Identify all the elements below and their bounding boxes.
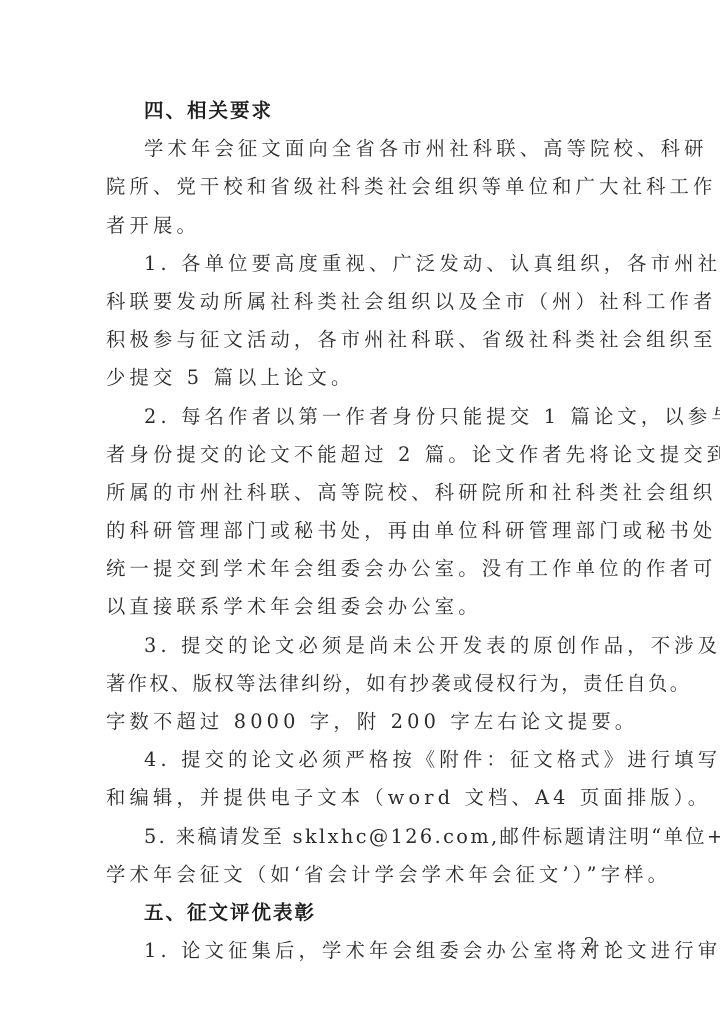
section-heading-requirements: 四、相关要求 xyxy=(106,92,620,130)
paragraph-line-email: 5. 来稿请发至 sklxhc@126.com,邮件标题请注明“单位+ xyxy=(106,818,620,856)
paragraph-line: 1. 各单位要高度重视、广泛发动、认真组织，各市州社 xyxy=(106,245,620,283)
paragraph-line: 学术年会征文（如‘省会计学会学术年会征文’）”字样。 xyxy=(106,856,620,894)
paragraph-line: 统一提交到学术年会组委会办公室。没有工作单位的作者可 xyxy=(106,550,620,588)
paragraph-line: 少提交 5 篇以上论文。 xyxy=(106,359,620,397)
paragraph-line: 者开展。 xyxy=(106,207,620,245)
document-body: 四、相关要求 学术年会征文面向全省各市州社科联、高等院校、科研 院所、党干校和省… xyxy=(106,92,620,970)
paragraph-line: 字数不超过 8000 字，附 200 字左右论文提要。 xyxy=(106,703,620,741)
paragraph-line: 和编辑，并提供电子文本（word 文档、A4 页面排版）。 xyxy=(106,779,620,817)
paragraph-line: 学术年会征文面向全省各市州社科联、高等院校、科研 xyxy=(106,130,620,168)
paragraph-line: 以直接联系学术年会组委会办公室。 xyxy=(106,588,620,626)
paragraph-line: 3. 提交的论文必须是尚未公开发表的原创作品，不涉及 xyxy=(106,627,620,665)
paragraph-line: 1. 论文征集后，学术年会组委会办公室将对论文进行审 xyxy=(106,932,620,970)
document-page: 四、相关要求 学术年会征文面向全省各市州社科联、高等院校、科研 院所、党干校和省… xyxy=(0,0,720,1019)
paragraph-line: 2. 每名作者以第一作者身份只能提交 1 篇论文，以参与 xyxy=(106,398,620,436)
paragraph-line: 的科研管理部门或秘书处，再由单位科研管理部门或秘书处 xyxy=(106,512,620,550)
page-number: - 2 - xyxy=(566,934,616,955)
paragraph-line: 院所、党干校和省级社科类社会组织等单位和广大社科工作 xyxy=(106,168,620,206)
section-heading-awards: 五、征文评优表彰 xyxy=(106,894,620,932)
paragraph-line: 4. 提交的论文必须严格按《附件：征文格式》进行填写 xyxy=(106,741,620,779)
paragraph-line: 积极参与征文活动，各市州社科联、省级社科类社会组织至 xyxy=(106,321,620,359)
paragraph-line: 著作权、版权等法律纠纷，如有抄袭或侵权行为，责任自负。 xyxy=(106,665,620,703)
paragraph-line: 所属的市州社科联、高等院校、科研院所和社科类社会组织 xyxy=(106,474,620,512)
paragraph-line: 者身份提交的论文不能超过 2 篇。论文作者先将论文提交到 xyxy=(106,436,620,474)
paragraph-line: 科联要发动所属社科类社会组织以及全市（州）社科工作者 xyxy=(106,283,620,321)
